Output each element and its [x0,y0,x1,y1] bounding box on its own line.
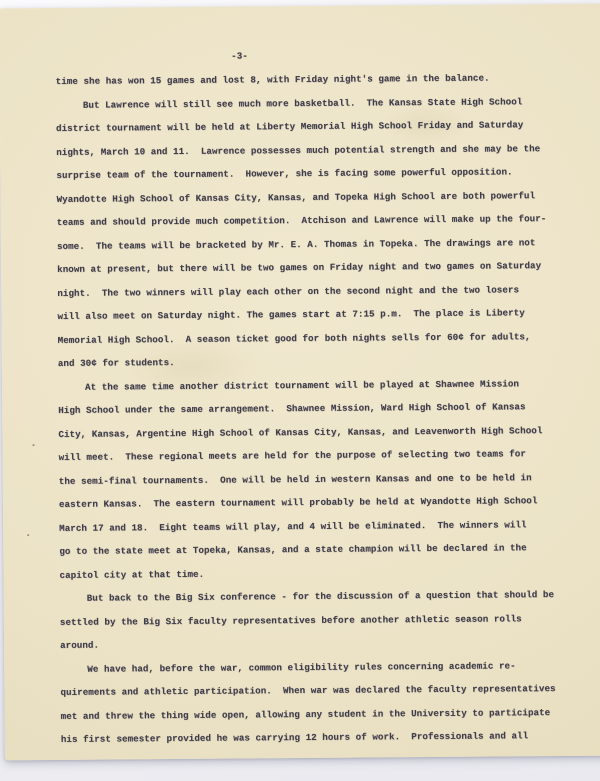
text-line: settled by the Big Six faculty represent… [60,606,600,634]
typewritten-page: -3- time she has won 15 games and lost 8… [0,4,600,761]
text-line: district tournament will be held at Libe… [56,113,598,141]
paper-speck [32,444,34,446]
text-line: nights, March 10 and 11. Lawrence posses… [56,136,598,164]
text-line: will meet. These regional meets are held… [58,442,600,470]
text-line: quirements and athletic participation. W… [60,677,600,705]
page-number: -3- [204,50,274,62]
text-line: teams and should provide much competitio… [57,207,599,235]
text-line: Memorial High School. A season ticket go… [58,324,600,352]
text-line: will also meet on Saturday night. The ga… [57,301,599,329]
text-line: known at present, but there will be two … [57,254,599,282]
text-line: eastern Kansas. The eastern tournament w… [59,489,600,517]
text-block: time she has won 15 games and lost 8, wi… [56,66,600,752]
text-line: But back to the Big Six conference - for… [60,583,600,611]
text-line: go to the state meet at Topeka, Kansas, … [59,536,600,564]
text-line: his first semester provided he was carry… [61,724,600,752]
paper-speck [27,534,29,536]
text-line: High School under the same arrangement. … [58,395,600,423]
